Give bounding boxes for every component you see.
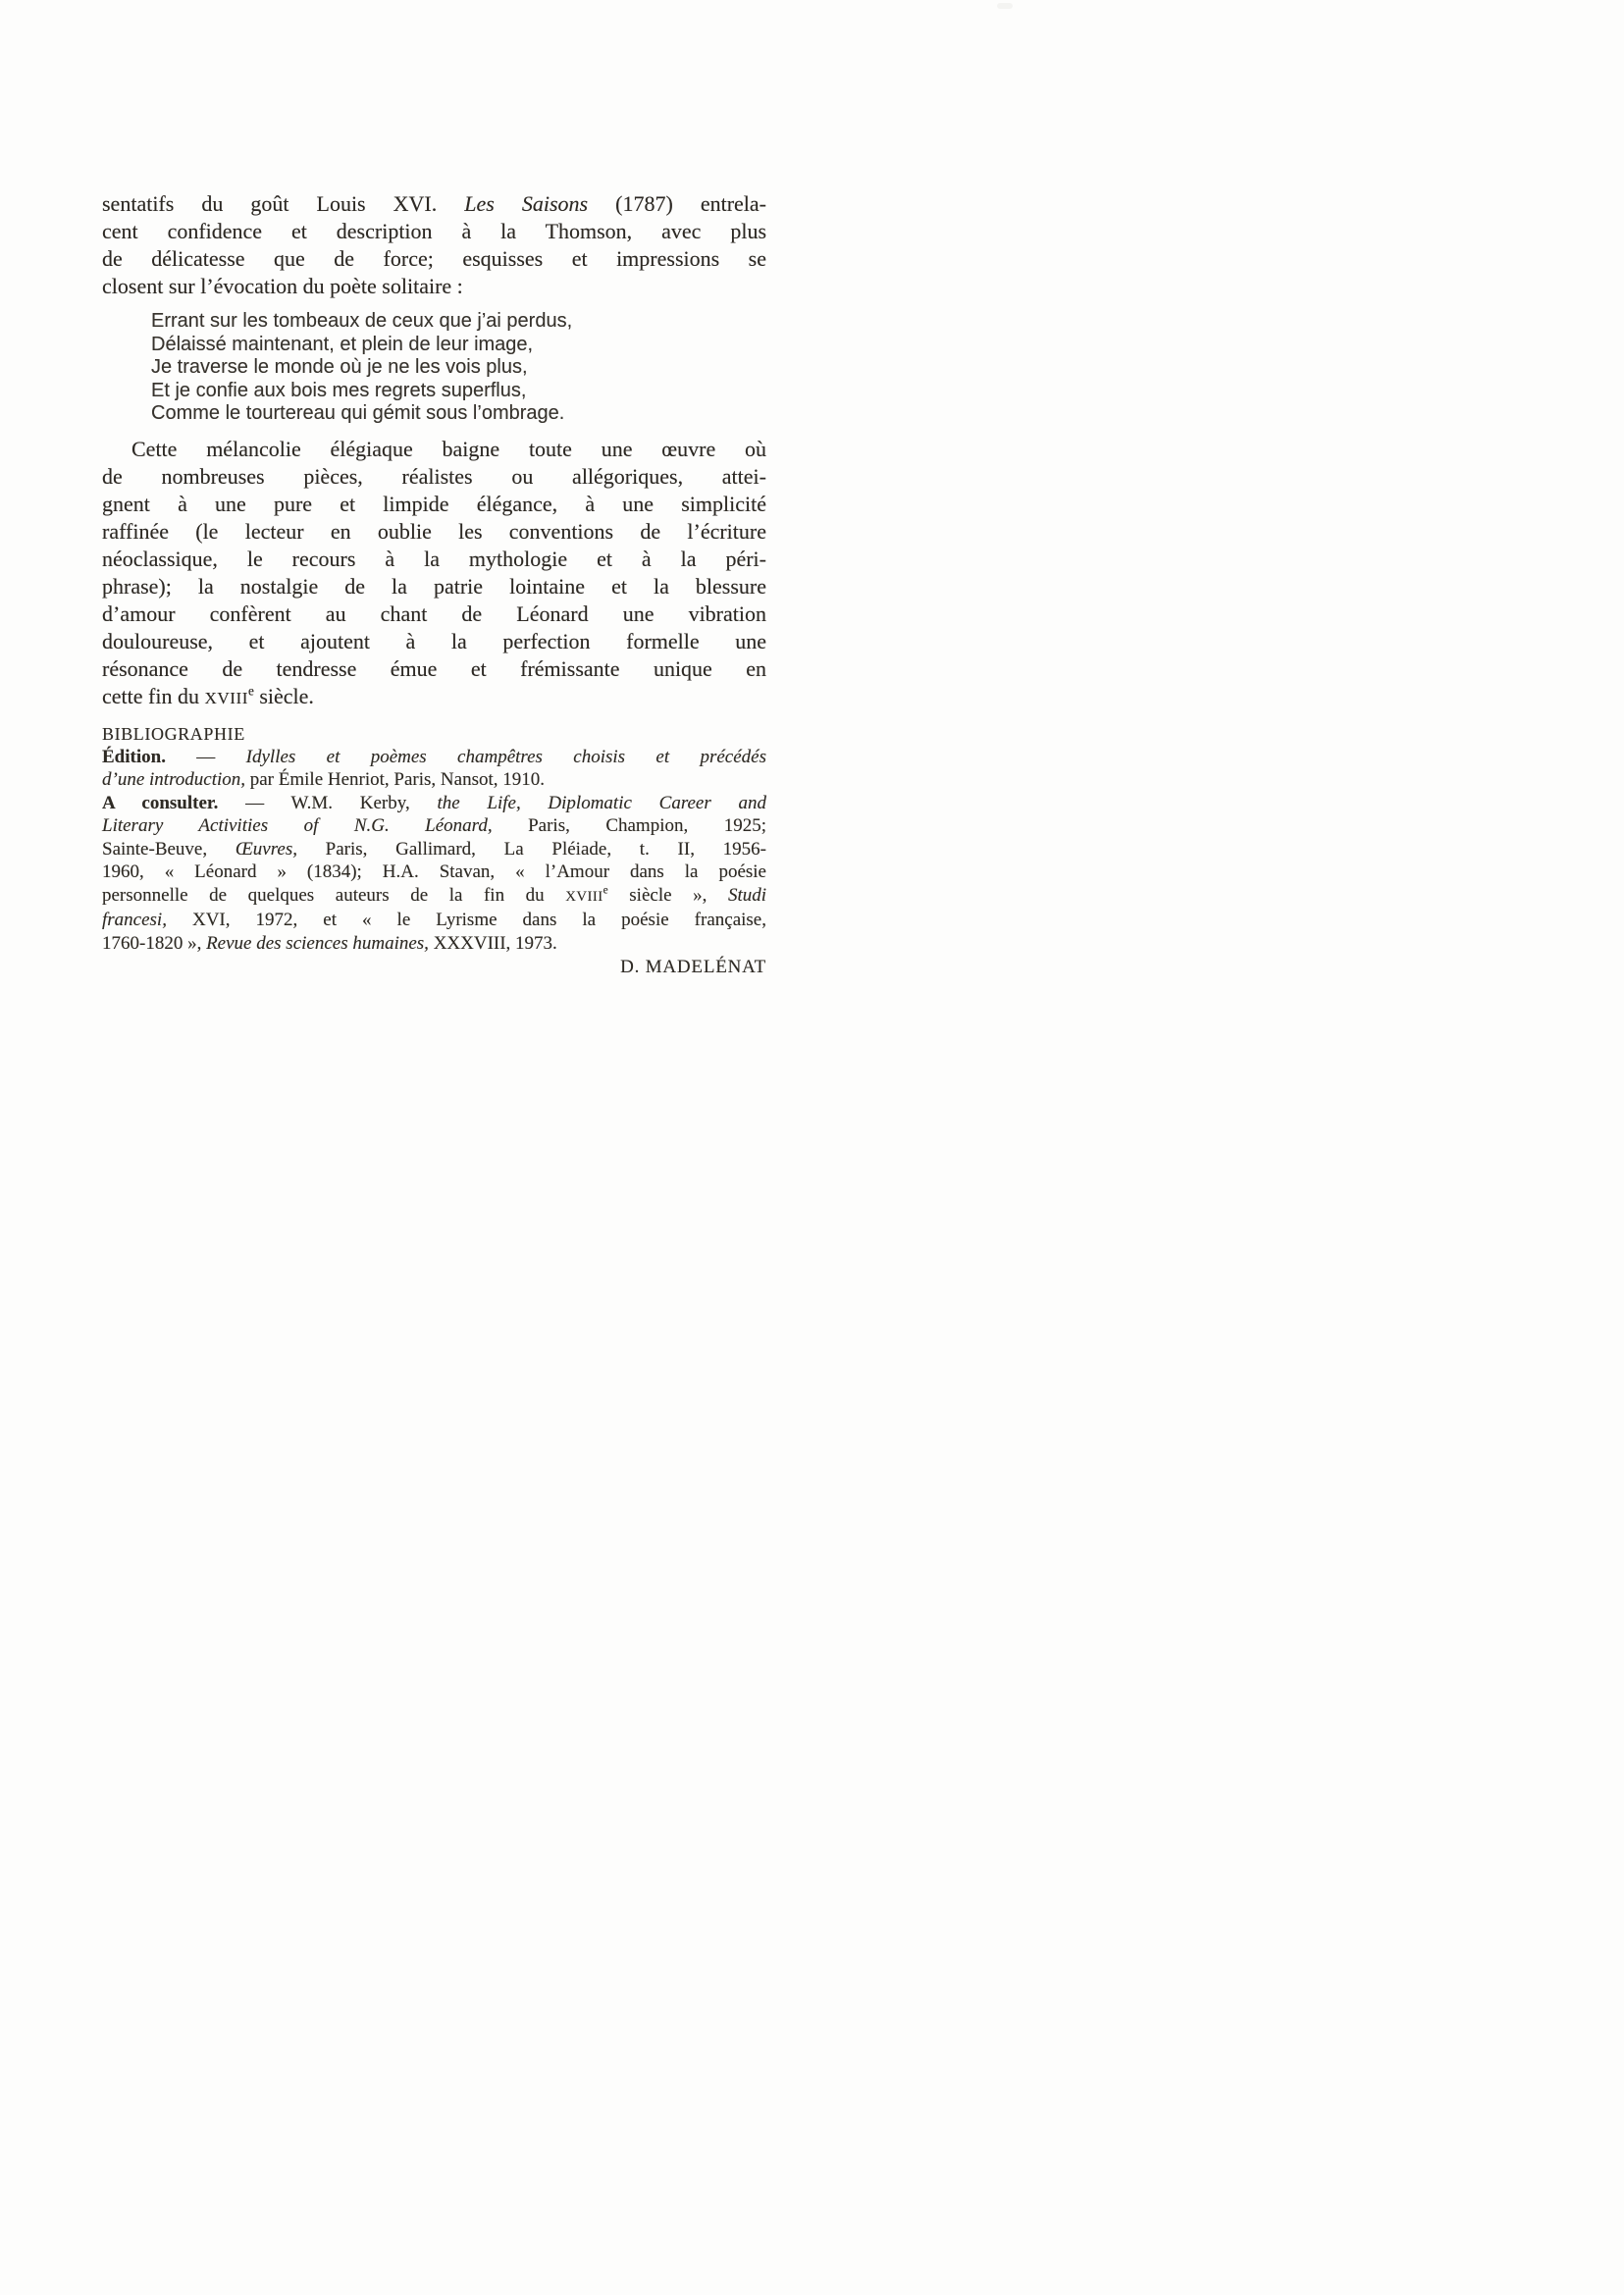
text-segment: XVIII bbox=[565, 889, 602, 905]
text-segment: raffinée (le lecteur en oublie les conve… bbox=[102, 519, 766, 544]
text-line: sentatifs du goût Louis XVI. Les Saisons… bbox=[102, 190, 766, 218]
text-line: néoclassique, le recours à la mythologie… bbox=[102, 546, 766, 573]
text-line: cent confidence et description à la Thom… bbox=[102, 218, 766, 245]
text-segment: Revue des sciences humaines, bbox=[206, 933, 429, 954]
text-segment: Les Saisons bbox=[464, 191, 588, 216]
article-text-column: sentatifs du goût Louis XVI. Les Saisons… bbox=[102, 190, 766, 979]
text-segment: cette fin du bbox=[102, 684, 204, 708]
text-line: Literary Activities of N.G. Léonard, Par… bbox=[102, 814, 766, 838]
text-segment: personnelle de quelques auteurs de la fi… bbox=[102, 885, 565, 906]
text-segment: closent sur l’évocation du poète solitai… bbox=[102, 274, 463, 298]
text-line: Édition. — Idylles et poèmes champêtres … bbox=[102, 746, 766, 769]
text-line: d’amour confèrent au chant de Léonard un… bbox=[102, 600, 766, 628]
text-segment: sentatifs du goût Louis XVI. bbox=[102, 191, 464, 216]
text-segment: XXXVIII, 1973. bbox=[429, 933, 557, 954]
text-line: Comme le tourtereau qui gémit sous l’omb… bbox=[151, 402, 766, 426]
text-segment: cent confidence et description à la Thom… bbox=[102, 219, 766, 243]
text-segment: douloureuse, et ajoutent à la perfection… bbox=[102, 629, 766, 653]
text-segment: gnent à une pure et limpide élégance, à … bbox=[102, 492, 766, 516]
text-segment: Cette mélancolie élégiaque baigne toute … bbox=[131, 437, 766, 461]
text-line: raffinée (le lecteur en oublie les conve… bbox=[102, 518, 766, 546]
text-segment: par Émile Henriot, Paris, Nansot, 1910. bbox=[245, 769, 545, 790]
text-line: gnent à une pure et limpide élégance, à … bbox=[102, 491, 766, 518]
text-segment: d’une introduction, bbox=[102, 769, 245, 790]
bibliography-entries: Édition. — Idylles et poèmes champêtres … bbox=[102, 746, 766, 956]
text-line: Je traverse le monde où je ne les vois p… bbox=[151, 356, 766, 380]
text-segment: siècle », bbox=[608, 885, 728, 906]
bibliography-heading: BIBLIOGRAPHIE bbox=[102, 723, 766, 746]
text-line: Et je confie aux bois mes regrets superf… bbox=[151, 380, 766, 403]
text-line: 1960, « Léonard » (1834); H.A. Stavan, «… bbox=[102, 861, 766, 884]
text-segment: Je traverse le monde où je ne les vois p… bbox=[151, 356, 528, 378]
text-segment: (1787) entrela- bbox=[588, 191, 766, 216]
text-segment: Édition. bbox=[102, 747, 166, 767]
text-segment: Studi bbox=[728, 885, 766, 906]
text-segment: de délicatesse que de force; esquisses e… bbox=[102, 246, 766, 271]
text-line: francesi, XVI, 1972, et « le Lyrisme dan… bbox=[102, 909, 766, 932]
text-segment: d’amour confèrent au chant de Léonard un… bbox=[102, 601, 766, 626]
text-segment: phrase); la nostalgie de la patrie loint… bbox=[102, 574, 766, 599]
text-line: d’une introduction, par Émile Henriot, P… bbox=[102, 768, 766, 792]
text-segment: — W.M. Kerby, bbox=[218, 793, 437, 813]
text-line: de délicatesse que de force; esquisses e… bbox=[102, 245, 766, 273]
paragraph-intro: sentatifs du goût Louis XVI. Les Saisons… bbox=[102, 190, 766, 300]
text-segment: XVIII bbox=[204, 689, 248, 707]
author-signature: D. MADELÉNAT bbox=[102, 956, 766, 979]
text-line: de nombreuses pièces, réalistes ou allég… bbox=[102, 463, 766, 491]
text-line: Sainte-Beuve, Œuvres, Paris, Gallimard, … bbox=[102, 838, 766, 861]
text-line: 1760-1820 », Revue des sciences humaines… bbox=[102, 932, 766, 956]
text-line: Délaissé maintenant, et plein de leur im… bbox=[151, 334, 766, 357]
text-segment: siècle. bbox=[254, 684, 314, 708]
text-segment: the Life, Diplomatic Career and bbox=[437, 793, 766, 813]
text-segment: — bbox=[166, 747, 246, 767]
text-segment: 1960, « Léonard » (1834); H.A. Stavan, «… bbox=[102, 861, 766, 882]
text-segment: Œuvres, bbox=[236, 839, 297, 860]
text-line: closent sur l’évocation du poète solitai… bbox=[102, 273, 766, 300]
text-segment: Literary Activities of N.G. Léonard, bbox=[102, 815, 493, 836]
text-segment: de nombreuses pièces, réalistes ou allég… bbox=[102, 464, 766, 489]
text-segment: Et je confie aux bois mes regrets superf… bbox=[151, 380, 526, 401]
text-line: Errant sur les tombeaux de ceux que j’ai… bbox=[151, 310, 766, 334]
text-line: cette fin du XVIIIe siècle. bbox=[102, 683, 766, 712]
text-line: A consulter. — W.M. Kerby, the Life, Dip… bbox=[102, 792, 766, 815]
text-segment: Sainte-Beuve, bbox=[102, 839, 236, 860]
scan-artifact bbox=[997, 3, 1013, 9]
text-line: phrase); la nostalgie de la patrie loint… bbox=[102, 573, 766, 600]
text-line: résonance de tendresse émue et frémissan… bbox=[102, 655, 766, 683]
text-segment: 1760-1820 », bbox=[102, 933, 206, 954]
text-segment: Paris, Champion, 1925; bbox=[493, 815, 766, 836]
text-line: douloureuse, et ajoutent à la perfection… bbox=[102, 628, 766, 655]
text-segment: Paris, Gallimard, La Pléiade, t. II, 195… bbox=[297, 839, 766, 860]
text-segment: Comme le tourtereau qui gémit sous l’omb… bbox=[151, 402, 564, 424]
text-segment: résonance de tendresse émue et frémissan… bbox=[102, 656, 766, 681]
text-segment: francesi, bbox=[102, 910, 167, 930]
bibliography-section: BIBLIOGRAPHIE Édition. — Idylles et poèm… bbox=[102, 723, 766, 979]
verse-quotation: Errant sur les tombeaux de ceux que j’ai… bbox=[151, 310, 766, 426]
text-segment: Errant sur les tombeaux de ceux que j’ai… bbox=[151, 310, 572, 332]
text-line: Cette mélancolie élégiaque baigne toute … bbox=[102, 436, 766, 463]
scanned-page: sentatifs du goût Louis XVI. Les Saisons… bbox=[0, 0, 1624, 2295]
text-line: personnelle de quelques auteurs de la fi… bbox=[102, 884, 766, 910]
text-segment: Idylles et poèmes champêtres choisis et … bbox=[246, 747, 766, 767]
text-segment: néoclassique, le recours à la mythologie… bbox=[102, 547, 766, 571]
text-segment: A consulter. bbox=[102, 793, 218, 813]
text-segment: Délaissé maintenant, et plein de leur im… bbox=[151, 334, 533, 355]
paragraph-commentary: Cette mélancolie élégiaque baigne toute … bbox=[102, 436, 766, 712]
text-segment: XVI, 1972, et « le Lyrisme dans la poési… bbox=[167, 910, 766, 930]
